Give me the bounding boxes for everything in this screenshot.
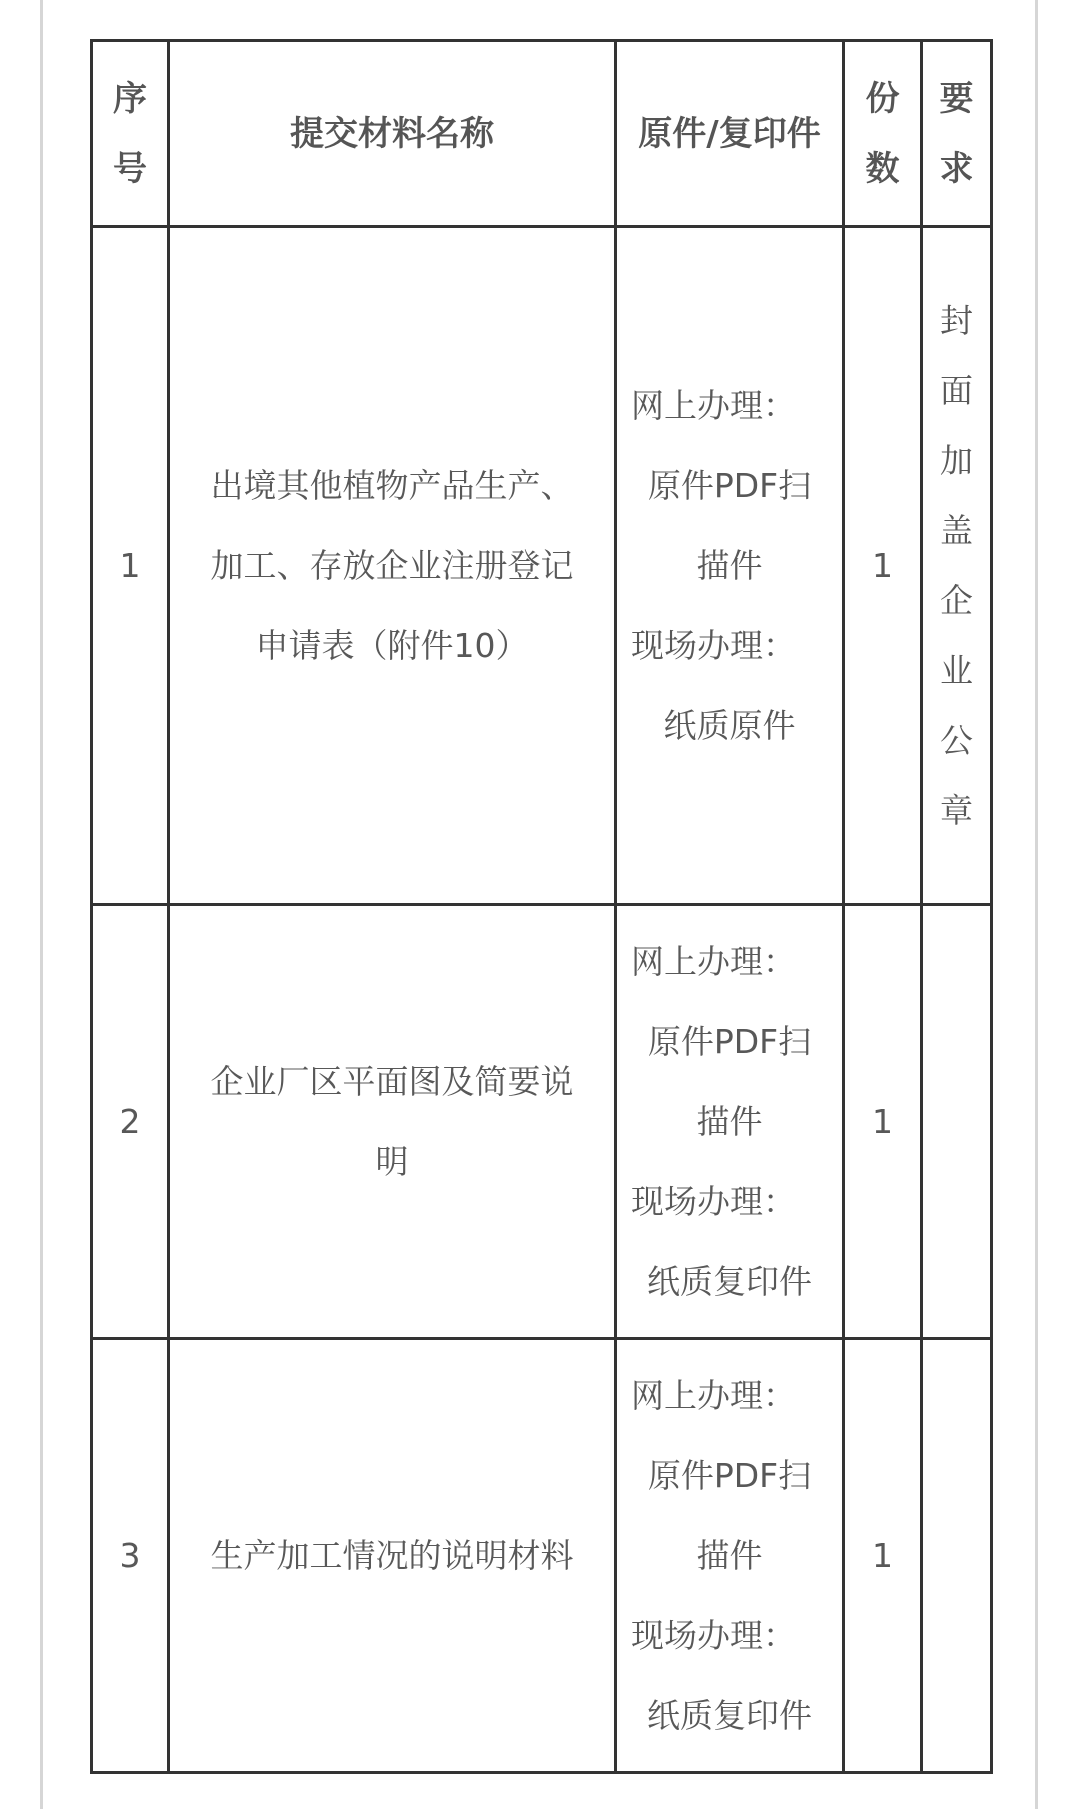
page-right-edge <box>1035 0 1038 1809</box>
row-requirement <box>922 905 992 1339</box>
table-row: 2 企业厂区平面图及简要说 明 网上办理： 原件PDF扫 描件 现场办理： 纸质… <box>92 905 992 1339</box>
row-original-copy: 网上办理： 原件PDF扫 描件 现场办理： 纸质复印件 <box>616 905 844 1339</box>
row-count: 1 <box>844 905 922 1339</box>
table-row: 3 生产加工情况的说明材料 网上办理： 原件PDF扫 描件 现场办理： 纸质复印… <box>92 1339 992 1773</box>
header-requirement: 要 求 <box>922 41 992 227</box>
table-header-row: 序 号 提交材料名称 原件/复印件 份 数 要 求 <box>92 41 992 227</box>
header-material-name: 提交材料名称 <box>169 41 616 227</box>
row-material-name: 生产加工情况的说明材料 <box>169 1339 616 1773</box>
row-material-name: 企业厂区平面图及简要说 明 <box>169 905 616 1339</box>
table-row: 1 出境其他植物产品生产、 加工、存放企业注册登记 申请表（附件10） 网上办理… <box>92 227 992 905</box>
materials-table: 序 号 提交材料名称 原件/复印件 份 数 要 求 1 出境其他植物产品生产、 … <box>90 39 993 1774</box>
header-count: 份 数 <box>844 41 922 227</box>
row-count: 1 <box>844 1339 922 1773</box>
row-seq: 3 <box>92 1339 169 1773</box>
row-requirement <box>922 1339 992 1773</box>
row-material-name: 出境其他植物产品生产、 加工、存放企业注册登记 申请表（附件10） <box>169 227 616 905</box>
row-requirement: 封 面 加 盖 企 业 公 章 <box>922 227 992 905</box>
row-seq: 1 <box>92 227 169 905</box>
row-count: 1 <box>844 227 922 905</box>
header-seq: 序 号 <box>92 41 169 227</box>
header-original-copy: 原件/复印件 <box>616 41 844 227</box>
page-left-edge <box>40 0 43 1809</box>
row-original-copy: 网上办理： 原件PDF扫 描件 现场办理： 纸质原件 <box>616 227 844 905</box>
row-seq: 2 <box>92 905 169 1339</box>
row-original-copy: 网上办理： 原件PDF扫 描件 现场办理： 纸质复印件 <box>616 1339 844 1773</box>
